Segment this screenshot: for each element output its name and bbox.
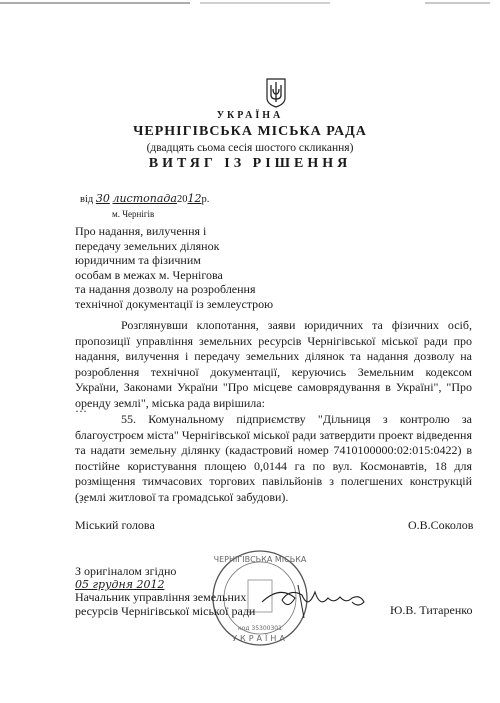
date-year-suffix: 12 [187, 192, 201, 205]
item-55-paragraph: 55. Комунальному підприємству "Дільниця … [75, 412, 472, 505]
subject-line: Про надання, вилучення і [75, 224, 273, 239]
trident-coat-of-arms-icon [266, 78, 286, 108]
scan-edge-line [425, 2, 490, 4]
subject-line: юридичним та фізичним [75, 253, 273, 268]
city: м. Чернігів [112, 209, 154, 219]
certified-copy-label: З оригіналом згідно [75, 564, 176, 579]
head-title-line: ресурсів Чернігівської міської ради [75, 604, 255, 618]
mayor-title: Міський голова [75, 518, 155, 533]
mayor-name: О.В.Соколов [408, 518, 473, 533]
council-name: ЧЕРНІГІВСЬКА МІСЬКА РАДА [0, 124, 500, 140]
date-prefix: від [80, 194, 93, 205]
date-day: 30 [96, 192, 110, 205]
item-55-text: 55. Комунальному підприємству "Дільниця … [75, 412, 472, 504]
svg-text:код 35300301: код 35300301 [238, 625, 282, 632]
svg-text:ЧЕРНІГІВСЬКА МІСЬКА: ЧЕРНІГІВСЬКА МІСЬКА [214, 555, 307, 564]
subject-line: технічної документації із землеустрою [75, 297, 273, 312]
date-suffix: р. [201, 194, 209, 205]
svg-text:УКРАЇНА: УКРАЇНА [232, 633, 288, 643]
date-month: листопада [112, 192, 176, 205]
subject-line: та надання дозволу на розроблення [75, 282, 273, 297]
session-info: (двадцять сьома сесія шостого скликання) [0, 142, 500, 154]
scan-edge-line [200, 2, 330, 4]
scan-edge-line [0, 2, 190, 4]
document-title: ВИТЯГ ІЗ РІШЕННЯ [0, 156, 500, 172]
head-of-department-name: Ю.В. Титаренко [390, 603, 472, 618]
head-title-line: Начальник управління земельних [75, 590, 255, 604]
decision-subject: Про надання, вилучення і передачу земель… [75, 224, 273, 311]
subject-line: особам в межах м. Чернігова [75, 268, 273, 283]
intro-text: Розглянувши клопотання, заяви юридичних … [75, 318, 472, 410]
date-year-prefix: 20 [177, 194, 188, 205]
decision-date: від 30 листопада2012р. [80, 192, 209, 205]
country-name: УКРАЇНА [0, 110, 500, 121]
head-of-department-title: Начальник управління земельних ресурсів … [75, 590, 255, 618]
subject-line: передачу земельних ділянок [75, 239, 273, 254]
handwritten-signature [260, 580, 370, 620]
intro-paragraph: Розглянувши клопотання, заяви юридичних … [75, 318, 472, 411]
ellipsis: … [75, 492, 87, 507]
